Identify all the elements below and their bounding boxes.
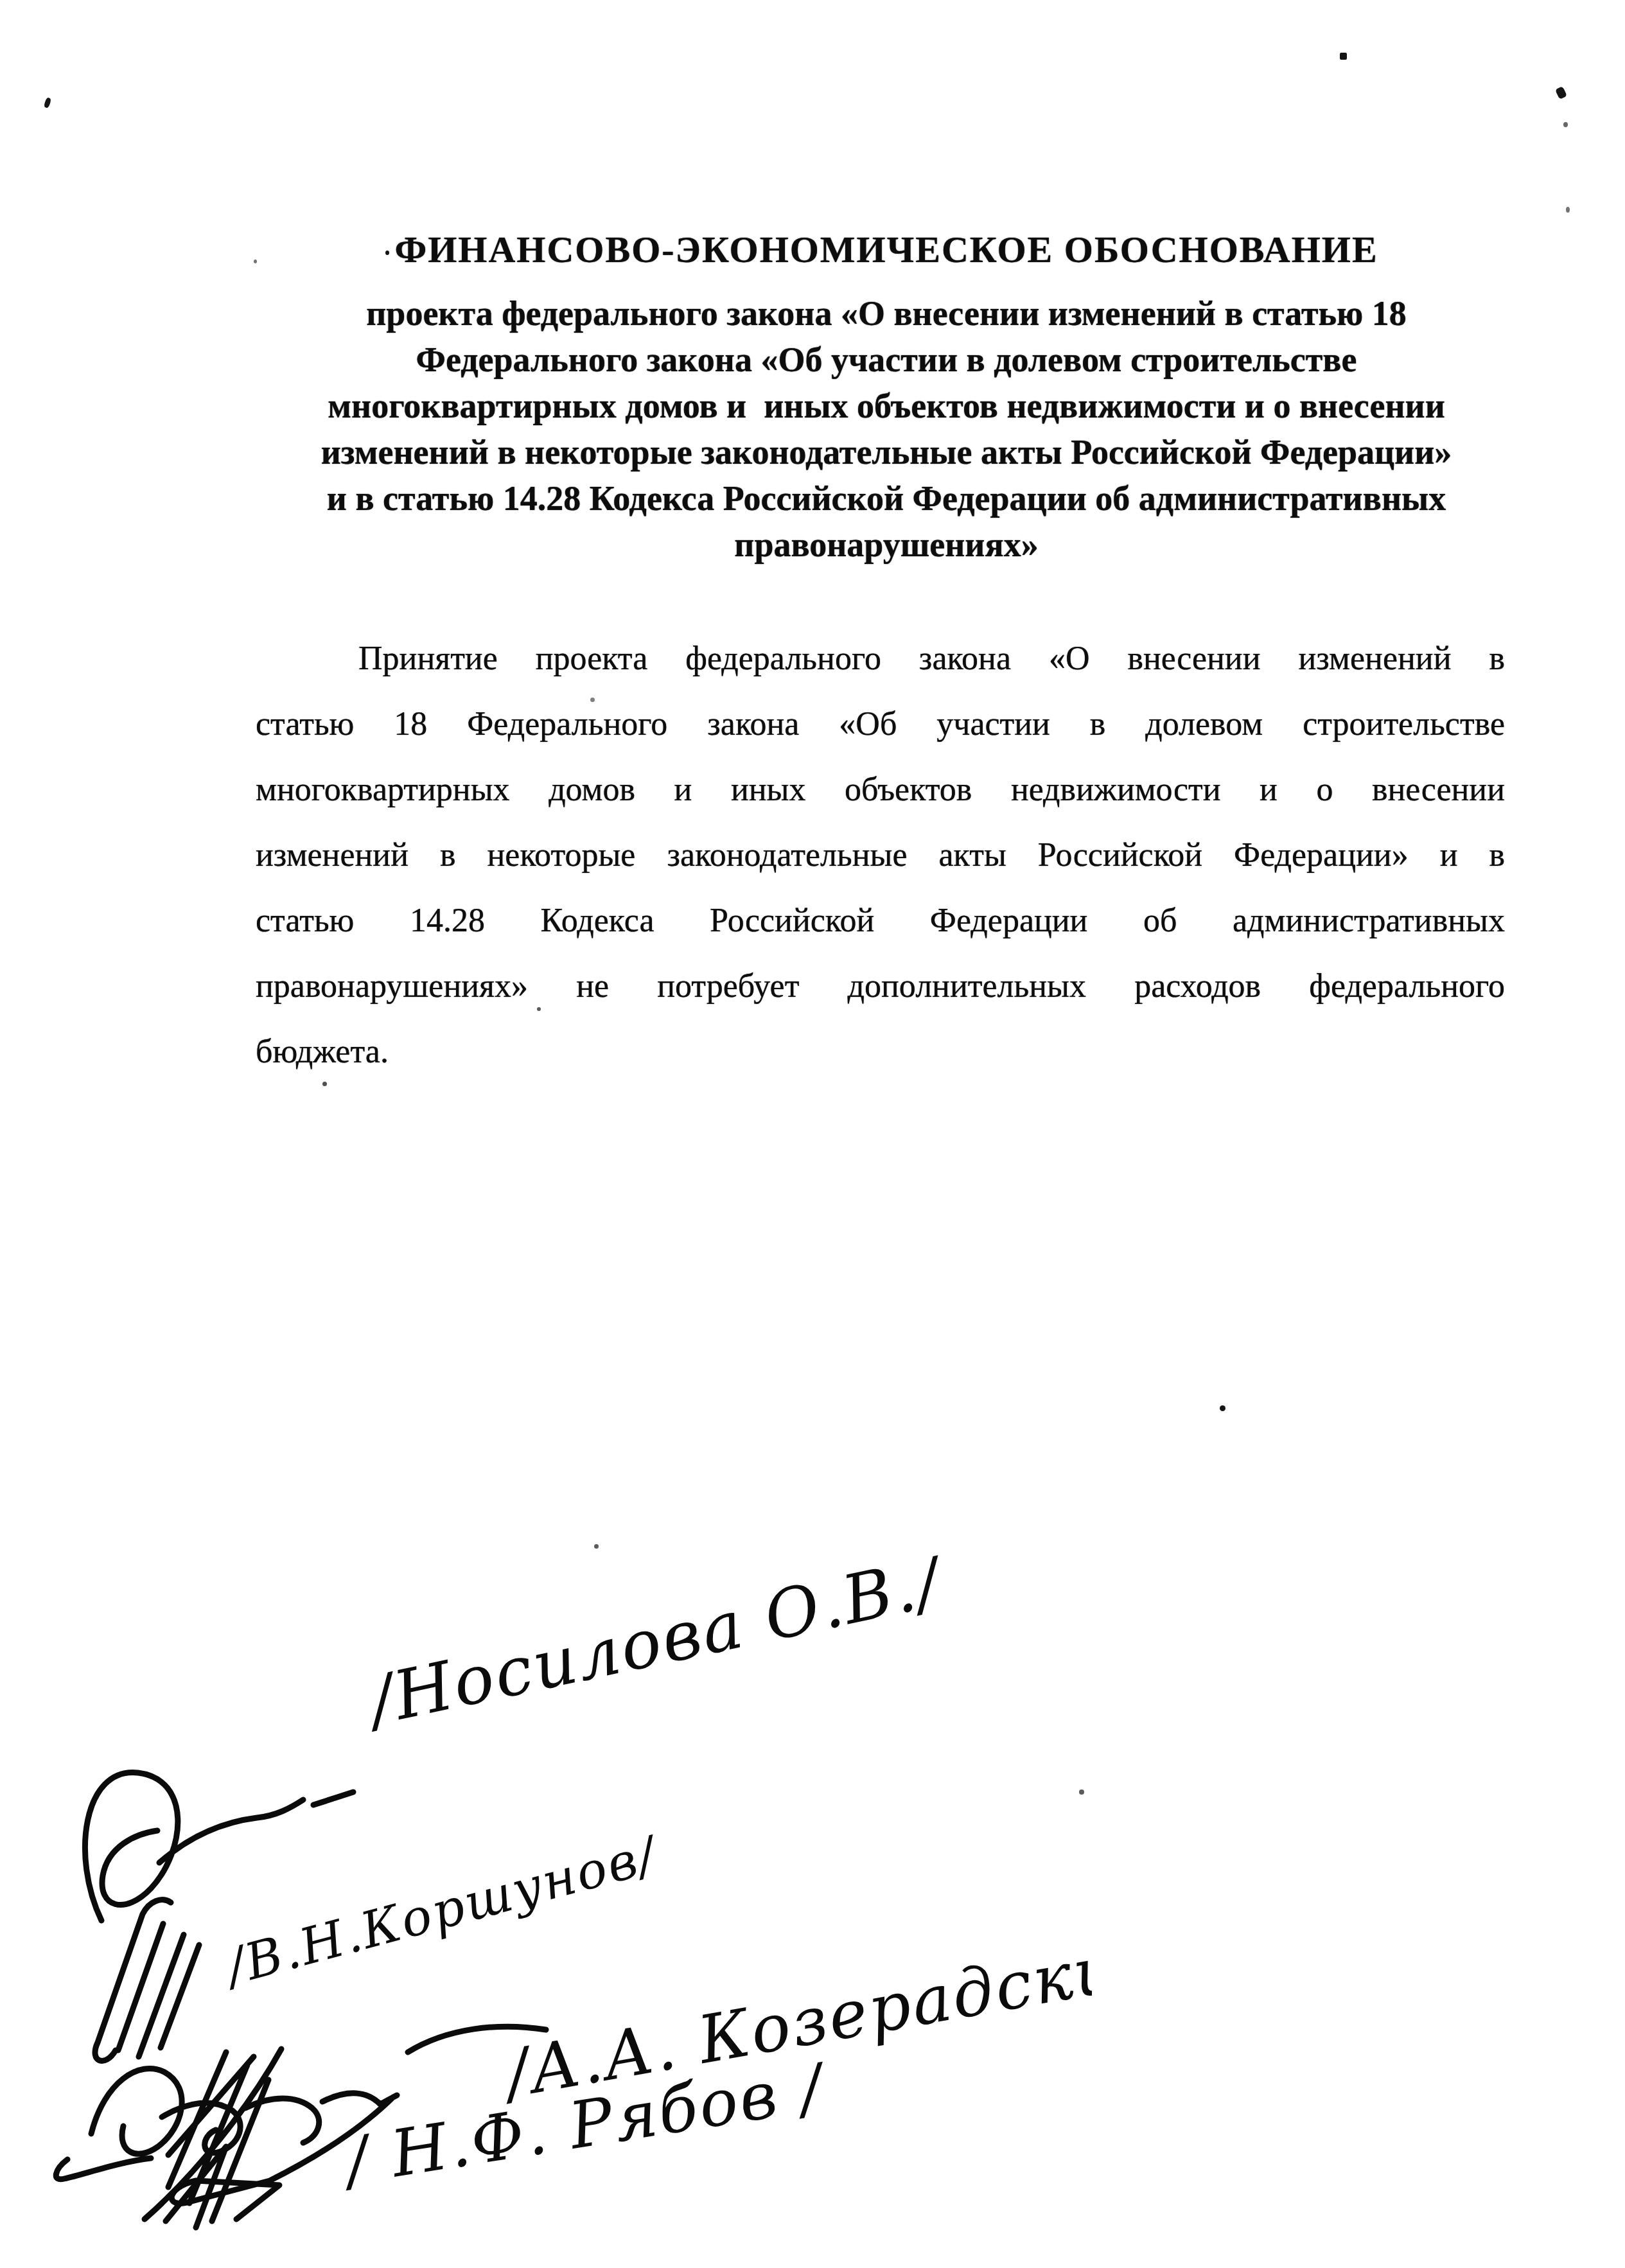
- scan-speck: [1340, 53, 1347, 60]
- body-line-4: изменений в некоторые законодательные ак…: [256, 823, 1505, 888]
- body-line-6: правонарушениях» не потребует дополнител…: [256, 954, 1505, 1019]
- body-line-2: статью 18 Федерального закона «Об участи…: [256, 692, 1505, 757]
- scan-speck: [1563, 122, 1568, 127]
- scan-speck: [1079, 1789, 1084, 1795]
- doc-subtitle: проекта федерального закона «О внесении …: [247, 290, 1525, 568]
- document-page: ФИНАНСОВО-ЭКОНОМИЧЕСКОЕ ОБОСНОВАНИЕ прое…: [0, 0, 1625, 2268]
- subtitle-line-1: проекта федерального закона «О внесении …: [247, 290, 1525, 337]
- doc-title: ФИНАНСОВО-ЭКОНОМИЧЕСКОЕ ОБОСНОВАНИЕ: [257, 230, 1516, 270]
- body-line-5: статью 14.28 Кодекса Российской Федераци…: [256, 888, 1505, 954]
- signature-scribble-2: [95, 1900, 199, 2061]
- signature-scribble-1: [85, 1772, 353, 1921]
- body-line-3: многоквартирных домов и иных объектов не…: [256, 757, 1505, 823]
- scan-speck: [1566, 207, 1570, 213]
- signature-name-2: /В.Н.Коршунов/: [216, 1825, 666, 1998]
- scan-speck: [254, 259, 257, 263]
- scan-speck: [385, 251, 389, 255]
- signature-name-1: /Носилова О.В./: [357, 1542, 952, 1742]
- scan-speck: [590, 698, 595, 702]
- subtitle-line-3: многоквартирных домов и иных объектов не…: [247, 383, 1525, 429]
- signature-row-3: /А.А. Козерадский/.: [56, 1914, 1092, 2219]
- subtitle-line-4: изменений в некоторые законодательные ак…: [247, 429, 1525, 475]
- subtitle-line-6: правонарушениях»: [247, 522, 1525, 568]
- scan-speck: [322, 1082, 327, 1086]
- subtitle-line-2: Федерального закона «Об участии в долево…: [247, 337, 1525, 383]
- scan-speck: [594, 1544, 599, 1549]
- signature-row-4: / Н.Ф. Рябов /: [145, 2049, 832, 2228]
- scan-speck: [44, 97, 52, 109]
- signatures-block: /Носилова О.В./ /В.Н.Коршунов/ /А.А. Коз…: [0, 1471, 1092, 2268]
- scan-speck: [537, 1007, 541, 1011]
- scan-speck: [1220, 1405, 1225, 1411]
- body-line-1: Принятие проекта федерального закона «О …: [256, 626, 1505, 692]
- body-paragraph: Принятие проекта федерального закона «О …: [256, 626, 1505, 1085]
- body-line-7: бюджета.: [256, 1019, 1505, 1085]
- scan-speck: [1555, 86, 1567, 100]
- subtitle-line-5: и в статью 14.28 Кодекса Российской Феде…: [247, 475, 1525, 522]
